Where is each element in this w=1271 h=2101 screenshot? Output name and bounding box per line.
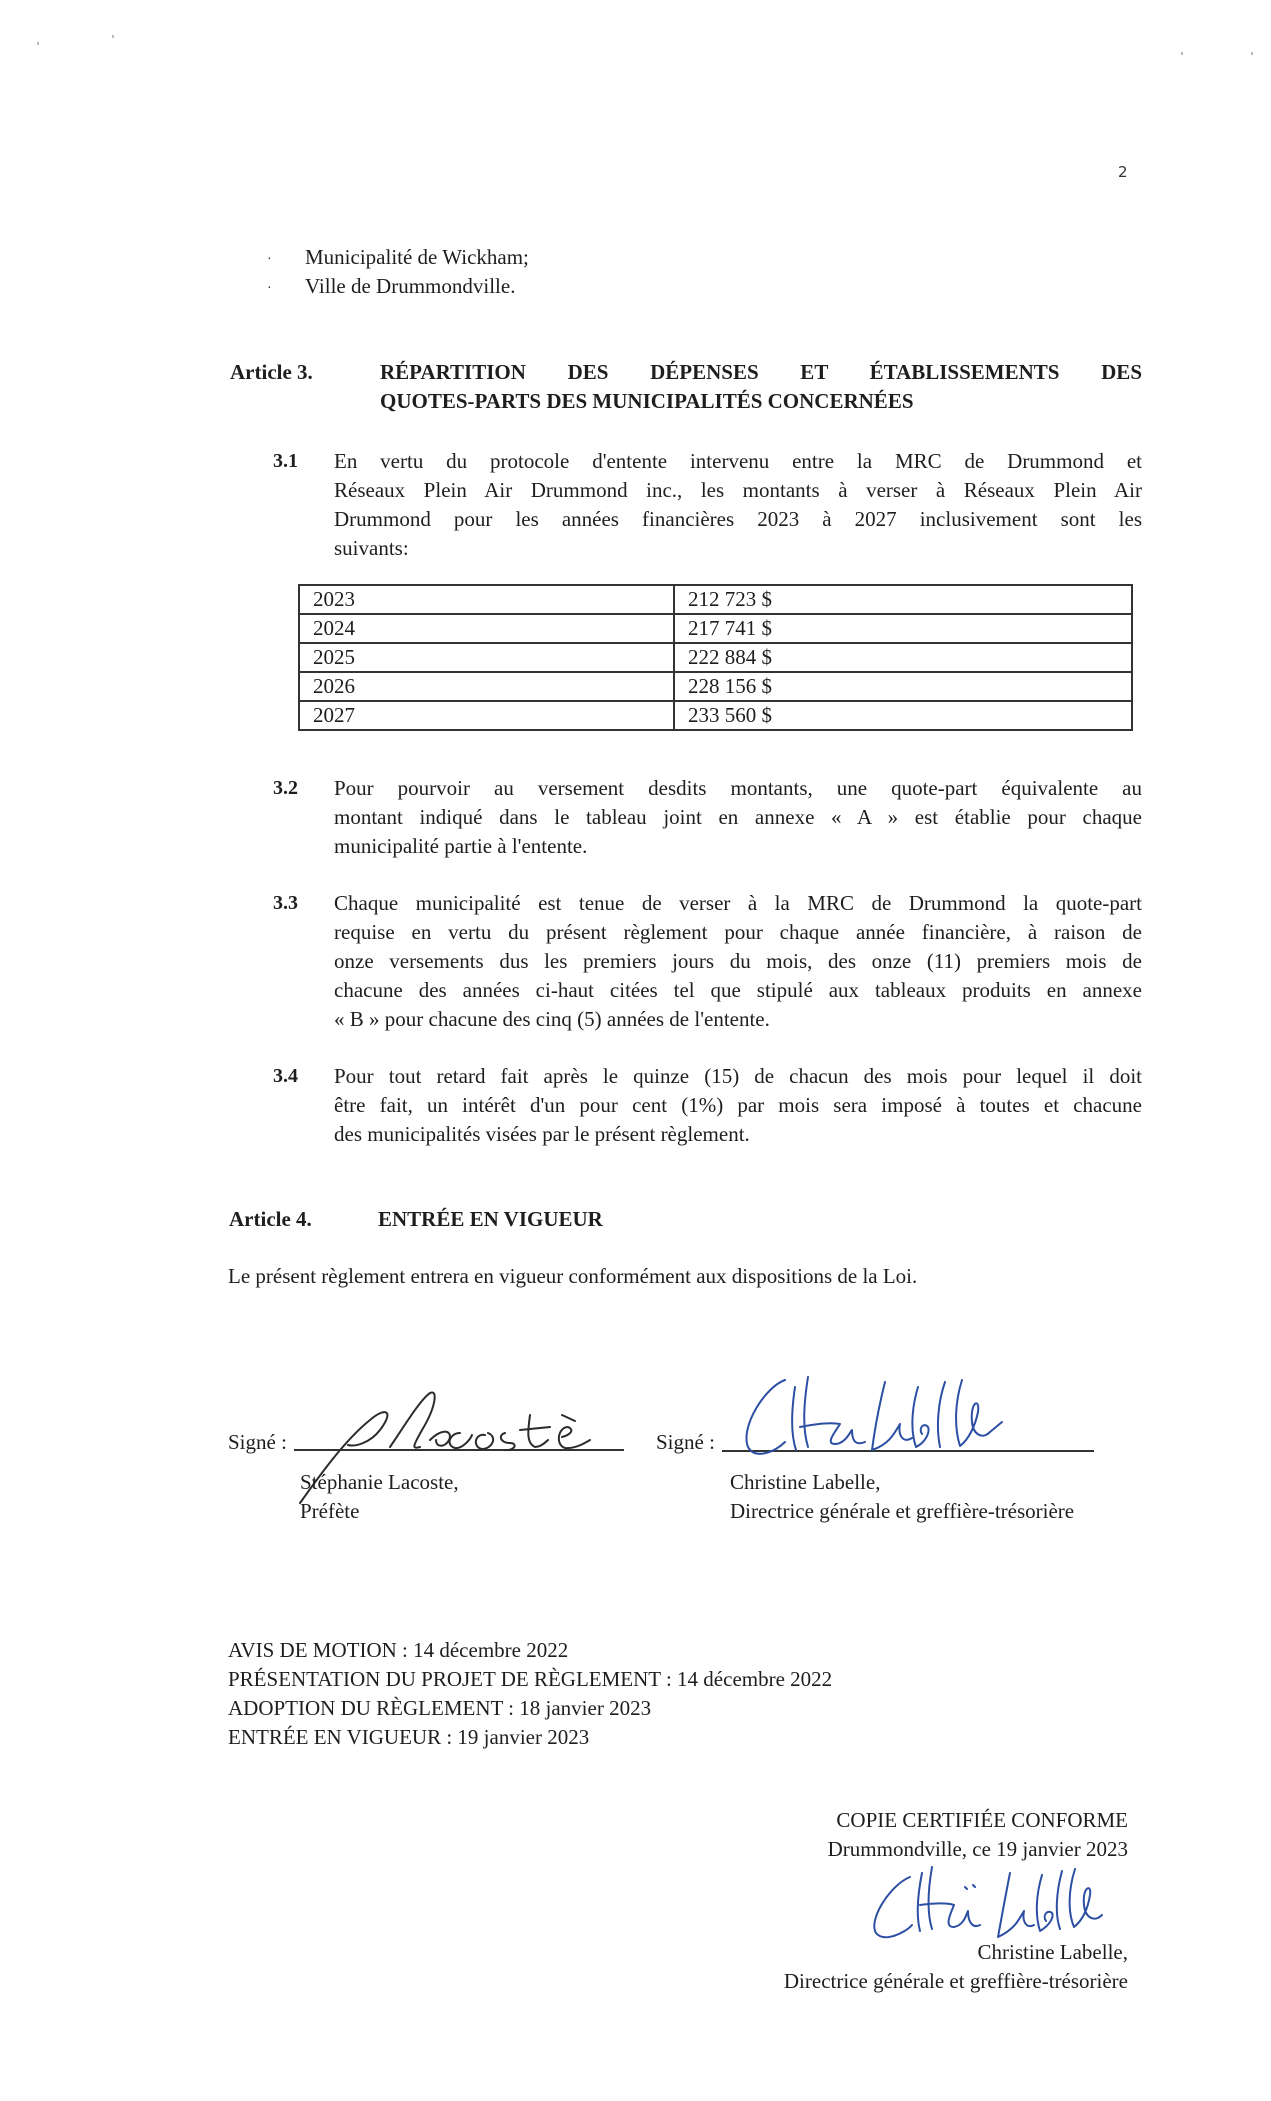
signature-label: Signé :: [228, 1428, 287, 1457]
amount-cell: 222 884 $: [674, 643, 1132, 672]
section-number: 3.3: [273, 889, 298, 918]
section-3-3-line: onze versements dus les premiers jours d…: [334, 947, 1142, 976]
section-3-1-line: suivants:: [334, 534, 409, 563]
section-3-2-line: Pour pourvoir au versement desdits monta…: [334, 774, 1142, 803]
section-3-4-line: être fait, un intérêt d'un pour cent (1%…: [334, 1091, 1142, 1120]
date-line: PRÉSENTATION DU PROJET DE RÈGLEMENT : 14…: [228, 1665, 832, 1694]
article-3-title-line1: RÉPARTITION DES DÉPENSES ET ÉTABLISSEMEN…: [380, 358, 1142, 387]
article-4-label: Article 4.: [229, 1205, 312, 1234]
year-cell: 2024: [299, 614, 674, 643]
section-number: 3.4: [273, 1062, 298, 1091]
bullet-icon: ·: [267, 274, 272, 303]
signatory-name: Christine Labelle,: [730, 1468, 880, 1497]
section-3-4-line: Pour tout retard fait après le quinze (1…: [334, 1062, 1142, 1091]
article-3-title-line2: QUOTES-PARTS DES MUNICIPALITÉS CONCERNÉE…: [380, 387, 914, 416]
scan-speck: [1181, 52, 1183, 55]
article-3-label: Article 3.: [230, 358, 313, 387]
section-3-2-line: municipalité partie à l'entente.: [334, 832, 587, 861]
certification-role: Directrice générale et greffière-trésori…: [784, 1967, 1128, 1996]
year-cell: 2025: [299, 643, 674, 672]
bullet-icon: ·: [267, 245, 272, 274]
year-cell: 2023: [299, 585, 674, 614]
table-row: 2023212 723 $: [299, 585, 1132, 614]
amounts-table: 2023212 723 $2024217 741 $2025222 884 $2…: [298, 584, 1133, 731]
signature-label: Signé :: [656, 1428, 715, 1457]
section-3-1-line: Drummond pour les années financières 202…: [334, 505, 1142, 534]
amount-cell: 212 723 $: [674, 585, 1132, 614]
certification-name: Christine Labelle,: [978, 1938, 1128, 1967]
scan-speck: [112, 35, 114, 38]
certification-signature: [870, 1865, 1130, 1945]
list-item: Municipalité de Wickham;: [305, 243, 529, 272]
amount-cell: 228 156 $: [674, 672, 1132, 701]
section-number: 3.1: [273, 447, 298, 476]
year-cell: 2027: [299, 701, 674, 730]
list-item: Ville de Drummondville.: [305, 272, 515, 301]
signatory-role: Directrice générale et greffière-trésori…: [730, 1497, 1074, 1526]
section-3-1-line: Réseaux Plein Air Drummond inc., les mon…: [334, 476, 1142, 505]
section-3-2-line: montant indiqué dans le tableau joint en…: [334, 803, 1142, 832]
table-row: 2027233 560 $: [299, 701, 1132, 730]
year-cell: 2026: [299, 672, 674, 701]
section-3-3-line: chacune des années ci-haut citées tel qu…: [334, 976, 1142, 1005]
date-line: ENTRÉE EN VIGUEUR : 19 janvier 2023: [228, 1723, 589, 1752]
section-3-1-line: En vertu du protocole d'entente interven…: [334, 447, 1142, 476]
section-3-3-line: requise en vertu du présent règlement po…: [334, 918, 1142, 947]
article-4-body: Le présent règlement entrera en vigueur …: [228, 1262, 917, 1291]
table-row: 2024217 741 $: [299, 614, 1132, 643]
signature-labelle: [740, 1372, 1080, 1462]
page-number: 2: [1118, 163, 1128, 181]
amount-cell: 217 741 $: [674, 614, 1132, 643]
certification-title: COPIE CERTIFIÉE CONFORME: [836, 1806, 1128, 1835]
section-3-3-line: « B » pour chacune des cinq (5) années d…: [334, 1005, 770, 1034]
signatory-role: Préfète: [300, 1497, 359, 1526]
date-line: AVIS DE MOTION : 14 décembre 2022: [228, 1636, 568, 1665]
date-line: ADOPTION DU RÈGLEMENT : 18 janvier 2023: [228, 1694, 651, 1723]
section-3-4-line: des municipalités visées par le présent …: [334, 1120, 750, 1149]
table-row: 2025222 884 $: [299, 643, 1132, 672]
article-4-title: ENTRÉE EN VIGUEUR: [378, 1205, 603, 1234]
scan-speck: [37, 42, 39, 45]
certification-place-date: Drummondville, ce 19 janvier 2023: [828, 1835, 1128, 1864]
signatory-name: Stéphanie Lacoste,: [300, 1468, 459, 1497]
amount-cell: 233 560 $: [674, 701, 1132, 730]
scan-speck: [1251, 52, 1253, 55]
table-row: 2026228 156 $: [299, 672, 1132, 701]
section-3-3-line: Chaque municipalité est tenue de verser …: [334, 889, 1142, 918]
section-number: 3.2: [273, 774, 298, 803]
